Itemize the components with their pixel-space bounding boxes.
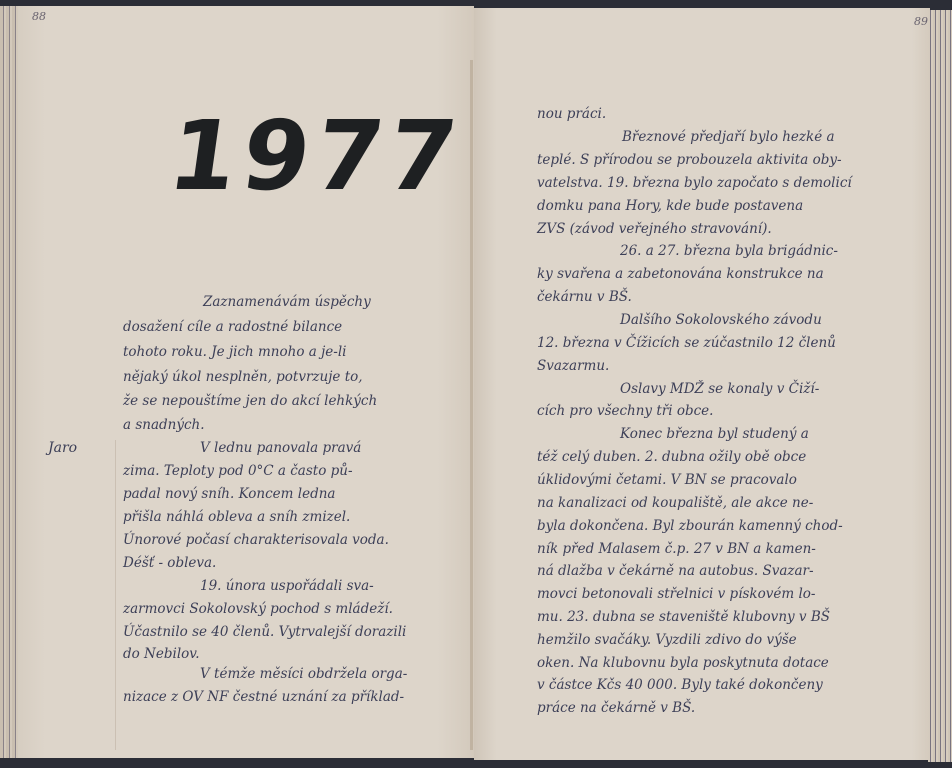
handwritten-line: cích pro všechny tři obce. (537, 403, 713, 419)
handwritten-line: Účastnilo se 40 členů. Vytrvalejší doraz… (123, 624, 406, 640)
handwritten-line: úklidovými četami. V BN se pracovalo (537, 472, 797, 488)
handwritten-line: Březnové předjaří bylo hezké a (622, 129, 835, 145)
handwritten-line: ky svařena a zabetonována konstrukce na (537, 266, 824, 282)
handwritten-line: přišla náhlá obleva a sníh zmizel. (123, 509, 350, 525)
handwritten-line: též celý duben. 2. dubna ožily obě obce (537, 449, 806, 465)
handwritten-line: tohoto roku. Je jich mnoho a je-li (123, 344, 346, 360)
handwritten-line: Déšť - obleva. (123, 555, 216, 571)
handwritten-line: V témže měsíci obdržela orga- (200, 666, 407, 682)
handwritten-line: do Nebilov. (123, 646, 200, 662)
handwritten-line: V lednu panovala pravá (200, 440, 361, 456)
handwritten-line: byla dokončena. Byl zbourán kamenný chod… (537, 518, 843, 534)
handwritten-line: nizace z OV NF čestné uznání za příklad- (123, 689, 404, 705)
handwritten-line: že se nepouštíme jen do akcí lehkých (123, 393, 377, 409)
handwritten-line: práce na čekárně v BŠ. (537, 700, 695, 716)
handwritten-line: a snadných. (123, 417, 205, 433)
handwritten-line: v částce Kčs 40 000. Byly také dokončeny (537, 677, 823, 693)
handwritten-line: mu. 23. dubna se staveniště klubovny v B… (537, 609, 830, 625)
handwritten-line: Zaznamenávám úspěchy (203, 294, 371, 310)
handwritten-line: teplé. S přírodou se probouzela aktivita… (537, 152, 842, 168)
handwritten-line: padal nový sníh. Koncem ledna (123, 486, 335, 502)
year-heading: 1977 (162, 100, 469, 212)
handwritten-line: zima. Teploty pod 0°C a často pů- (123, 463, 353, 479)
handwritten-line: na kanalizaci od koupaliště, ale akce ne… (537, 495, 813, 511)
margin-line (115, 440, 116, 750)
handwritten-line: ZVS (závod veřejného stravování). (537, 221, 772, 237)
handwritten-line: hemžilo svačáky. Vyzdili zdivo do výše (537, 632, 797, 648)
handwritten-line: nou práci. (537, 106, 606, 122)
handwritten-line: movci betonovali střelnici v pískovém lo… (537, 586, 815, 602)
handwritten-line: Dalšího Sokolovského závodu (620, 312, 822, 328)
handwritten-line: Oslavy MDŽ se konaly v Čiží- (620, 381, 819, 397)
handwritten-line: ná dlažba v čekárně na autobus. Svazar- (537, 563, 814, 579)
handwritten-line: domku pana Hory, kde bude postavena (537, 198, 803, 214)
right-page-number: 89 (914, 15, 928, 28)
handwritten-line: oken. Na klubovnu byla poskytnuta dotace (537, 655, 829, 671)
left-page-number: 88 (32, 10, 46, 23)
page-stack-right-edge (928, 10, 952, 762)
margin-note-season: Jaro (48, 440, 77, 456)
handwritten-line: čekárnu v BŠ. (537, 289, 632, 305)
handwritten-line: Svazarmu. (537, 358, 609, 374)
handwritten-line: dosažení cíle a radostné bilance (123, 319, 342, 335)
open-notebook: 88 89 1977 Jaro Zaznamenávám úspěchydosa… (0, 0, 952, 768)
handwritten-line: nějaký úkol nesplněn, potvrzuje to, (123, 369, 363, 385)
handwritten-line: 19. února uspořádali sva- (200, 578, 374, 594)
handwritten-line: zarmovci Sokolovský pochod s mládeží. (123, 601, 393, 617)
handwritten-line: vatelstva. 19. března bylo započato s de… (537, 175, 852, 191)
handwritten-line: 12. března v Čížicích se zúčastnilo 12 č… (537, 335, 836, 351)
handwritten-line: Únorové počasí charakterisovala voda. (123, 532, 389, 548)
handwritten-line: 26. a 27. března byla brigádnic- (620, 243, 838, 259)
handwritten-line: Konec března byl studený a (620, 426, 809, 442)
book-gutter (470, 60, 473, 750)
handwritten-line: ník před Malasem č.p. 27 v BN a kamen- (537, 541, 816, 557)
